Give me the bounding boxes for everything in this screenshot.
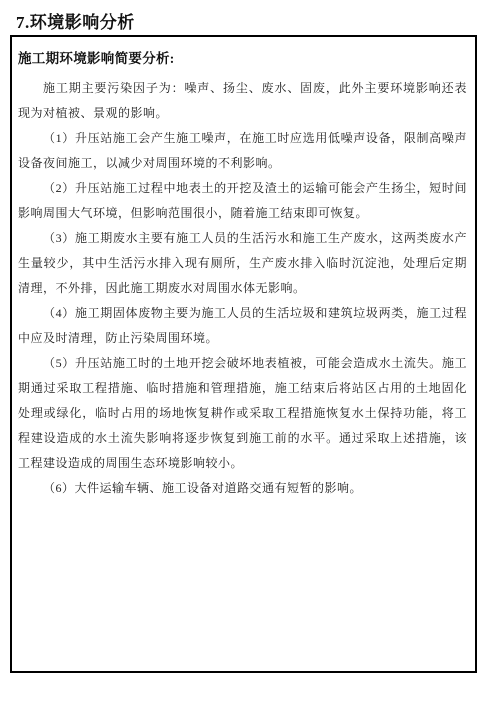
paragraph-soil-erosion: （5）升压站施工时的土地开挖会破坏地表植被，可能会造成水土流失。施工期通过采取工… (18, 351, 467, 476)
paragraph-pollution-factors: 施工期主要污染因子为：噪声、扬尘、废水、固废，此外主要环境影响还表现为对植被、景… (18, 76, 467, 126)
box-heading: 施工期环境影响简要分析: (18, 46, 467, 72)
paragraph-wastewater: （3）施工期废水主要有施工人员的生活污水和施工生产废水，这两类废水产生量较少，其… (18, 226, 467, 301)
page-title: 7.环境影响分析 (16, 8, 135, 33)
paragraph-noise: （1）升压站施工会产生施工噪声，在施工时应选用低噪声设备，限制高噪声设备夜间施工… (18, 126, 467, 176)
construction-impact-box: 施工期环境影响简要分析: 施工期主要污染因子为：噪声、扬尘、废水、固废，此外主要… (10, 35, 477, 673)
paragraph-traffic: （6）大件运输车辆、施工设备对道路交通有短暂的影响。 (18, 476, 467, 501)
paragraph-solid-waste: （4）施工期固体废物主要为施工人员的生活垃圾和建筑垃圾两类，施工过程中应及时清理… (18, 301, 467, 351)
box-body: 施工期主要污染因子为：噪声、扬尘、废水、固废，此外主要环境影响还表现为对植被、景… (18, 76, 467, 501)
paragraph-dust: （2）升压站施工过程中地表土的开挖及渣土的运输可能会产生扬尘，短时间影响周围大气… (18, 176, 467, 226)
document-page: { "page": { "title": "7.环境影响分析" }, "repo… (0, 0, 502, 709)
